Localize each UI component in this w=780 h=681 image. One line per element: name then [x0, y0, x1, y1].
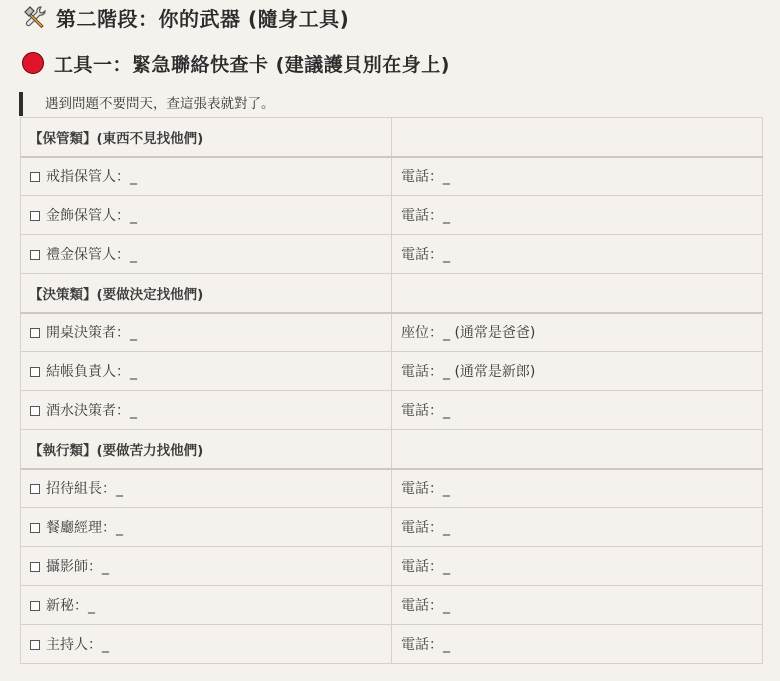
- role-label: 攝影師：_: [46, 559, 109, 575]
- blockquote: 遇到問題不要問天，查這張表就對了。: [19, 92, 275, 116]
- contact-cell: 電話：_: [392, 469, 763, 508]
- table-row: 主持人：_ 電話：_: [21, 625, 763, 664]
- table-row: 結帳負責人：_ 電話：_ (通常是新郎): [21, 352, 763, 391]
- role-cell: 開桌決策者：_: [21, 313, 392, 352]
- role-label: 金飾保管人：_: [46, 208, 137, 224]
- checkbox[interactable]: [30, 523, 40, 533]
- group-title-empty: [392, 118, 763, 157]
- contact-cell: 電話：_ (通常是新郎): [392, 352, 763, 391]
- table-row: 禮金保管人：_ 電話：_: [21, 235, 763, 274]
- checkbox[interactable]: [30, 211, 40, 221]
- checkbox[interactable]: [30, 484, 40, 494]
- role-label: 禮金保管人：_: [46, 247, 137, 263]
- role-cell: 主持人：_: [21, 625, 392, 664]
- group-title: 【執行類】(要做苦力找他們): [21, 430, 392, 469]
- role-label: 酒水決策者：_: [46, 403, 137, 419]
- checkbox[interactable]: [30, 250, 40, 260]
- role-label: 餐廳經理：_: [46, 520, 123, 536]
- checkbox[interactable]: [30, 328, 40, 338]
- red-circle-icon: [22, 52, 44, 74]
- table-row: 戒指保管人：_ 電話：_: [21, 157, 763, 196]
- role-label: 主持人：_: [46, 637, 109, 653]
- table-row: 開桌決策者：_ 座位：_ (通常是爸爸): [21, 313, 763, 352]
- contact-cell: 電話：_: [392, 508, 763, 547]
- table-row: 招待組長：_ 電話：_: [21, 469, 763, 508]
- checkbox[interactable]: [30, 601, 40, 611]
- group-header-row: 【保管類】(東西不見找他們): [21, 118, 763, 157]
- checkbox[interactable]: [30, 172, 40, 182]
- group-header-row: 【執行類】(要做苦力找他們): [21, 430, 763, 469]
- checkbox[interactable]: [30, 562, 40, 572]
- role-cell: 招待組長：_: [21, 469, 392, 508]
- group-title-empty: [392, 274, 763, 313]
- table-row: 酒水決策者：_ 電話：_: [21, 391, 763, 430]
- contact-cell: 電話：_: [392, 586, 763, 625]
- role-cell: 禮金保管人：_: [21, 235, 392, 274]
- contact-cell: 電話：_: [392, 157, 763, 196]
- section-title: 第二階段：你的武器 (隨身工具): [56, 3, 349, 32]
- role-cell: 酒水決策者：_: [21, 391, 392, 430]
- checkbox[interactable]: [30, 367, 40, 377]
- contact-cell: 電話：_: [392, 235, 763, 274]
- role-label: 招待組長：_: [46, 481, 123, 497]
- role-cell: 戒指保管人：_: [21, 157, 392, 196]
- table-row: 餐廳經理：_ 電話：_: [21, 508, 763, 547]
- contacts-table: 【保管類】(東西不見找他們) 戒指保管人：_ 電話：_ 金飾保管人：_ 電話：_…: [20, 117, 763, 664]
- checkbox[interactable]: [30, 640, 40, 650]
- role-cell: 餐廳經理：_: [21, 508, 392, 547]
- table-row: 新秘：_ 電話：_: [21, 586, 763, 625]
- role-label: 結帳負責人：_: [46, 364, 137, 380]
- tool-heading: 工具一：緊急聯絡快查卡 (建議護貝別在身上): [22, 48, 450, 78]
- table-row: 攝影師：_ 電話：_: [21, 547, 763, 586]
- table-row: 金飾保管人：_ 電話：_: [21, 196, 763, 235]
- checkbox[interactable]: [30, 406, 40, 416]
- role-cell: 結帳負責人：_: [21, 352, 392, 391]
- section-heading: 第二階段：你的武器 (隨身工具): [22, 2, 349, 32]
- contact-cell: 電話：_: [392, 625, 763, 664]
- role-label: 新秘：_: [46, 598, 95, 614]
- contact-cell: 電話：_: [392, 196, 763, 235]
- contact-cell: 電話：_: [392, 547, 763, 586]
- tool-title: 工具一：緊急聯絡快查卡 (建議護貝別在身上): [54, 50, 450, 77]
- group-header-row: 【決策類】(要做決定找他們): [21, 274, 763, 313]
- hammer-and-wrench-icon: [22, 4, 48, 30]
- role-cell: 新秘：_: [21, 586, 392, 625]
- quote-text: 遇到問題不要問天，查這張表就對了。: [45, 92, 275, 116]
- role-label: 戒指保管人：_: [46, 169, 137, 185]
- role-cell: 金飾保管人：_: [21, 196, 392, 235]
- group-title: 【決策類】(要做決定找他們): [21, 274, 392, 313]
- role-label: 開桌決策者：_: [46, 325, 137, 341]
- group-title: 【保管類】(東西不見找他們): [21, 118, 392, 157]
- group-title-empty: [392, 430, 763, 469]
- contact-cell: 電話：_: [392, 391, 763, 430]
- role-cell: 攝影師：_: [21, 547, 392, 586]
- contact-cell: 座位：_ (通常是爸爸): [392, 313, 763, 352]
